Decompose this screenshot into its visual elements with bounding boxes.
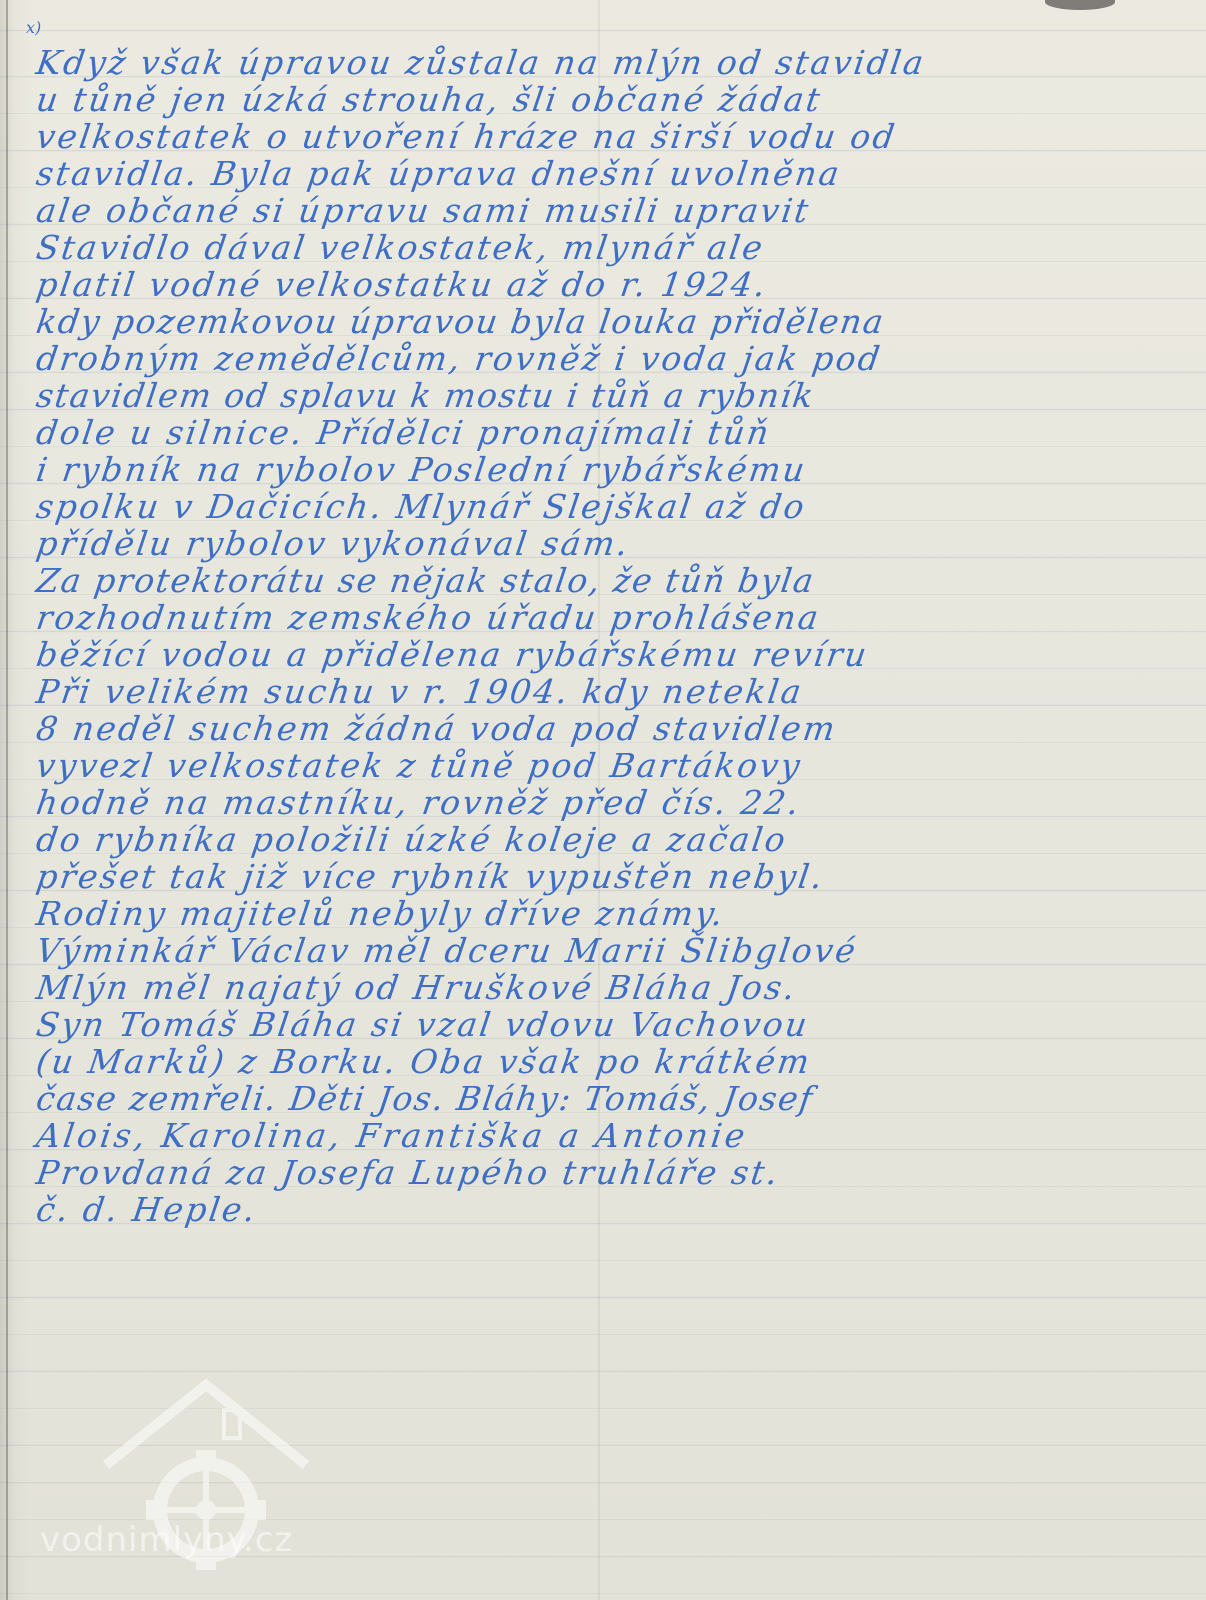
text-line: přešet tak již více rybník vypuštěn neby… bbox=[34, 858, 1199, 895]
binding-edge bbox=[6, 0, 8, 1600]
text-line: č. d. Heple. bbox=[34, 1191, 1199, 1228]
text-line: Mlýn měl najatý od Hruškové Bláha Jos. bbox=[34, 969, 1199, 1006]
text-line: 8 neděl suchem žádná voda pod stavidlem bbox=[34, 710, 1199, 747]
text-line: rozhodnutím zemského úřadu prohlášena bbox=[34, 599, 1199, 636]
text-line: Alois, Karolina, Františka a Antonie bbox=[34, 1117, 1199, 1154]
text-line: do rybníka položili úzké koleje a začalo bbox=[34, 821, 1199, 858]
text-line: i rybník na rybolov Poslední rybářskému bbox=[34, 451, 1199, 488]
text-line: stavidla. Byla pak úprava dnešní uvolněn… bbox=[34, 155, 1199, 192]
text-line: Výminkář Václav měl dceru Marii Šlibglov… bbox=[34, 932, 1199, 969]
text-line: platil vodné velkostatku až do r. 1924. bbox=[34, 266, 1199, 303]
text-line: hodně na mastníku, rovněž před čís. 22. bbox=[34, 784, 1199, 821]
text-line: u tůně jen úzká strouha, šli občané žáda… bbox=[34, 81, 1199, 118]
text-line: čase zemřeli. Děti Jos. Bláhy: Tomáš, Jo… bbox=[34, 1080, 1199, 1117]
text-line: Stavidlo dával velkostatek, mlynář ale bbox=[34, 229, 1199, 266]
margin-mark: x) bbox=[26, 18, 41, 37]
text-line: Rodiny majitelů nebyly dříve známy. bbox=[34, 895, 1199, 932]
text-line: dole u silnice. Přídělci pronajímali tůň bbox=[34, 414, 1199, 451]
text-line: přídělu rybolov vykonával sám. bbox=[34, 525, 1199, 562]
text-line: Při velikém suchu v r. 1904. kdy netekla bbox=[34, 673, 1199, 710]
text-line: stavidlem od splavu k mostu i tůň a rybn… bbox=[34, 377, 1199, 414]
text-line: spolku v Dačicích. Mlynář Slejškal až do bbox=[34, 488, 1199, 525]
text-line: kdy pozemkovou úpravou byla louka přiděl… bbox=[34, 303, 1199, 340]
text-line: (u Marků) z Borku. Oba však po krátkém bbox=[34, 1043, 1199, 1080]
text-line: velkostatek o utvoření hráze na širší vo… bbox=[34, 118, 1199, 155]
notebook-page: x) Když však úpravou zůstala na mlýn od … bbox=[0, 0, 1206, 1600]
text-line: Když však úpravou zůstala na mlýn od sta… bbox=[34, 44, 1199, 81]
text-line: Provdaná za Josefa Lupého truhláře st. bbox=[34, 1154, 1199, 1191]
text-line: běžící vodou a přidělena rybářskému reví… bbox=[34, 636, 1199, 673]
text-line: ale občané si úpravu sami musili upravit bbox=[34, 192, 1199, 229]
watermark-text: vodnimlyny.cz bbox=[40, 1520, 293, 1560]
text-line: Za protektorátu se nějak stalo, že tůň b… bbox=[34, 562, 1199, 599]
text-line: Syn Tomáš Bláha si vzal vdovu Vachovou bbox=[34, 1006, 1199, 1043]
text-line: drobným zemědělcům, rovněž i voda jak po… bbox=[34, 340, 1199, 377]
text-line: vyvezl velkostatek z tůně pod Bartákovy bbox=[34, 747, 1199, 784]
handwritten-text: Když však úpravou zůstala na mlýn od sta… bbox=[34, 44, 1194, 1228]
